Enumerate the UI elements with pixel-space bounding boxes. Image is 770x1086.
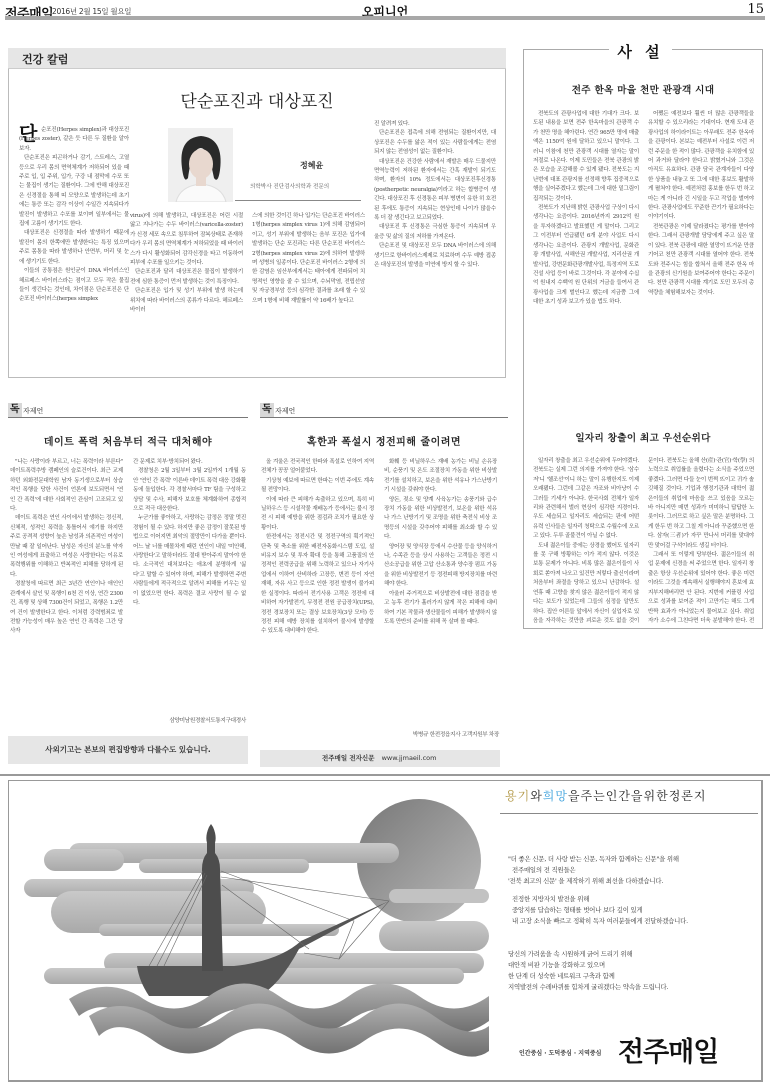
paragraph: virus)에 의해 발생하고, 대상포진은 어린 시절 앓고 지나가는 수두 … (130, 212, 243, 268)
paragraph: 일자리 창출을 최고 우선순위에 두어야겠다. 전북도는 실제 그런 의지를 가… (533, 457, 639, 542)
ad-line: "더 좋은 신문, 더 사랑 받는 신문, 독자와 함께하는 신문"을 위해 (508, 854, 679, 865)
paragraph: 기상청 예보에 따르면 한파는 이번 주에도 계속 될 전망이다. (261, 477, 374, 496)
ad-paragraph-1: "더 좋은 신문, 더 사랑 받는 신문, 독자와 함께하는 신문"을 위해 전… (508, 854, 679, 887)
masthead-divider (5, 16, 765, 20)
paragraph: 경찰청에 따르면 최근 3년간 연인이나 애인인 관계에서 살인 및 폭행이 6… (10, 580, 123, 636)
editorial-1-col-1: 전북도의 관광사업에 대한 기대가 크다. 보도된 내용을 보면 전주 한옥마을… (533, 110, 639, 400)
ad-paragraph-2: 진정한 지방자치 발전을 위해 중앙지를 답습하는 형태를 벗어나 보다 깊이 … (512, 894, 688, 927)
paragraph: 올 겨울은 전국적인 한파와 폭설로 인하여 지역 전체가 꽁꽁 얼어붙었다. (261, 458, 374, 477)
reader-left-title: 데이트 폭력 처음부터 적극 대처해야 (8, 433, 248, 448)
paragraph: "나는 사랑이라 부르고, 너는 폭력이라 부른다" 데이트폭력추방 캠페인의 … (10, 458, 123, 514)
reader-right-byline: 박병규 한전정읍지사 고객지원부 차장 (384, 730, 499, 738)
paragraph: 간 문제로 치부·방치되어 왔다. (133, 458, 246, 467)
editorial-label: 사 설 (609, 41, 672, 62)
editorial-top-rule (523, 49, 609, 50)
slogan-courage: 용기 (505, 789, 530, 803)
health-column-header (8, 48, 506, 69)
editorial-title-2: 일자리 창출이 최고 우선순위다 (523, 430, 763, 444)
reader-right-col-1: 올 겨울은 전국적인 한파와 폭설로 인하여 지역 전체가 꽁꽁 얼어붙었다. … (261, 458, 374, 740)
e-paper-label: 전주매일 전자신문 (322, 754, 375, 762)
editorial-2-col-2: 문이다. 전북도는 올해 산(産)·관(官)·학(學) 의 노력으로 취업률을 … (648, 457, 754, 625)
slogan-text: 와 (530, 789, 543, 803)
page-divider (0, 774, 770, 776)
ad-motto: 인간중심 · 도덕중심 · 지역중심 (519, 1048, 601, 1057)
paragraph: 양어장 및 양식장 등에서 수산물 등을 양식하거나, 수족관 등을 상시 사용… (384, 543, 497, 590)
ad-line: 진정한 지방자치 발전을 위해 (512, 894, 688, 905)
e-paper-url[interactable]: www.jjmaeil.com (382, 754, 437, 762)
ad-line: 전주매일의 전 직원들은 (508, 865, 679, 876)
author-divider (235, 200, 361, 201)
paragraph: 누군가를 좋아하고, 사랑하는 감정은 정말 멋진 경험이 될 수 있다. 하지… (133, 514, 246, 608)
paragraph: 대상포진은 신경절을 따라 발생하기 때문에 발진이 몸의 한쪽에만 발생한다는… (19, 229, 129, 267)
paragraph: 이들의 공통점은 원인균이 DNA 바이러스인 헤르페스 바이러스라는 점이고 … (19, 267, 129, 305)
paragraph: 어쨌든 예전보다 훨씬 더 많은 관광객들을 유치할 수 있으리라는 기대이다.… (648, 110, 754, 223)
paragraph: 전북도가 지난해 밝힌 관광사업 구상이 다시 생각나는 요즘이다. 2016년… (533, 204, 639, 307)
author-photo (168, 128, 233, 202)
reader-left-col-1: "나는 사랑이라 부르고, 너는 폭력이라 부른다" 데이트폭력추방 캠페인의 … (10, 458, 123, 723)
reader-right-title: 혹한과 폭설시 정전피해 줄이려면 (260, 433, 508, 448)
paragraph: 스에 의한 것이긴 하나 입가는 단순포진 바이러스 1형(herpes sim… (252, 212, 365, 306)
health-column-title: 단순포진과 대상포진 (8, 87, 506, 112)
paragraph: 양돈, 젖소 및 양계 사육농가는 송풍기와 급수장치 가동을 위한 비상발전기… (384, 496, 497, 543)
ad-line: 내 고장 소식을 빠르고 정확히 독자 여러분들에게 전달하겠습니다. (512, 916, 688, 927)
paragraph: 순포진(Herpes simplex)과 대상포진(Herpes zoster)… (19, 126, 129, 154)
ad-paragraph-3: 당신의 가려움을 속 시원하게 긁어 드리기 위해 대안적 비판 기능을 강화하… (508, 949, 668, 993)
ad-line: 중앙지를 답습하는 형태를 벗어나 보다 깊이 있게 (512, 905, 688, 916)
reader-opinion-header-left: 독 자제언 (8, 400, 248, 418)
paragraph: 그래서 또 이렇게 당부한다. 젊은이들의 취업 문제에 신경을 써 주었으면 … (648, 551, 754, 625)
reader-opinion-header-right: 독 자제언 (260, 400, 508, 418)
health-column-label: 건강 칼럼 (22, 51, 68, 67)
reader-opinion-dok: 독 (260, 403, 274, 417)
author-title: 의학박사 진단검사의학과 전문의 (250, 182, 329, 190)
contribution-notice: 사외기고는 본보의 편집방향과 다를수도 있습니다. (8, 736, 248, 764)
reader-opinion-label: 자제언 (23, 406, 43, 416)
author-name: 정혜윤 (300, 160, 323, 171)
ad-logo: 전주매일 (618, 1030, 718, 1069)
ad-slogan-divider (500, 813, 758, 814)
paragraph: 진 알려져 있다. (374, 120, 496, 129)
health-col-2: virus)에 의해 발생하고, 대상포진은 어린 시절 앓고 지나가는 수두 … (130, 212, 243, 377)
paragraph: 단순포진은 입가 및 성기 부위에 발생 하는데 위치에 따라 바이러스의 종류… (130, 287, 243, 315)
paragraph: 단순포진 및 대상포진 모두 DNA 바이러스에 의해 생기므로 항바이러스제제… (374, 242, 496, 270)
reader-left-col-2: 간 문제로 치부·방치되어 왔다. 경찰청은 2월 3일부터 3월 2일까지 1… (133, 458, 246, 713)
paragraph: 아울러 주거적으로 비상발전에 대한 점검을 받고 농후 전기가 흘러가지 않게… (384, 590, 497, 628)
ad-line: 한 단계 더 성숙한 네트워크 구축과 함께 (508, 971, 668, 982)
editorial-title-1: 전주 한옥 마을 천만 관광객 시대 (523, 82, 763, 96)
ad-slogan: 용기와희망을주는인간을위한정론지 (505, 787, 706, 804)
paragraph: 경찰청은 2월 3일부터 3월 2일까지 1개월 동안 '연인 간 폭력' 이른… (133, 467, 246, 514)
editorial-1-col-2: 어쨌든 예전보다 훨씬 더 많은 관광객들을 유치할 수 있으리라는 기대이다.… (648, 110, 754, 400)
paragraph: 단순포진과 달리 대상포진은 물집이 발생하기 전에 심한 통증이 먼저 발생하… (130, 268, 243, 287)
slogan-text: 을주는인간을위한정론지 (568, 789, 707, 803)
ad-line: 대안적 비판 기능을 강화하고 있으며 (508, 960, 668, 971)
reader-opinion-label: 자제언 (275, 406, 295, 416)
paragraph: 대상포진 후 신경통은 극심한 통증이 지속되며 우울증 및 삶의 질의 저하를… (374, 223, 496, 242)
ad-line: 당신의 가려움을 속 시원하게 긁어 드리기 위해 (508, 949, 668, 960)
paragraph: 화훼 등 비닐하우스 재배 농가는 비닐 손유장비, 순풍기 및 온도 조절장치… (384, 458, 497, 496)
paragraph: 데이트 폭력은 연인 사이에서 발생하는 정신적, 신체적, 성적인 폭력을 통… (10, 514, 123, 580)
paragraph: 한전에서는 정전시간 및 정전구역의 획기적인 단축 및 축소를 위한 배전자동… (261, 533, 374, 636)
health-col-4: 진 알려져 있다. 단순포진은 접촉에 의해 전염되는 질환이지만, 대상포진은… (374, 120, 496, 375)
health-col-1: 순포진(Herpes simplex)과 대상포진(Herpes zoster)… (19, 126, 129, 376)
editorial-2-col-1: 일자리 창출을 최고 우선순위에 두어야겠다. 전북도는 실제 그런 의지를 가… (533, 457, 639, 625)
slogan-hope: 희망 (543, 789, 568, 803)
portrait-icon (168, 128, 233, 202)
health-col-3: 스에 의한 것이긴 하나 입가는 단순포진 바이러스 1형(herpes sim… (252, 212, 365, 377)
paragraph: 단순포진은 접촉에 의해 전염되는 질환이지만, 대상포진은 수두를 앓은 적이… (374, 129, 496, 157)
paragraph: 대상포진은 건강한 사람에서 재발은 매우 드물지만 면역능력이 저하된 환자에… (374, 158, 496, 224)
reader-right-col-2: 화훼 등 비닐하우스 재배 농가는 비닐 손유장비, 순풍기 및 온도 조절장치… (384, 458, 497, 726)
e-paper-banner: 전주매일 전자신문 www.jjmaeil.com (260, 750, 500, 767)
ad-line: 지역발전의 수레바퀴를 힘차게 굴리겠다는 약속을 드립니다. (508, 982, 668, 993)
paragraph: 단순포진은 피곤하거나 감기, 스트레스, 고열 등으로 우리 몸의 면역체계가… (19, 154, 129, 229)
page-number: 15 (747, 2, 764, 17)
paragraph: 전북도의 관광사업에 대한 기대가 크다. 보도된 내용을 보면 전주 한옥마을… (533, 110, 639, 204)
ad-line: '전북 최고의 신문' 을 제작하기 위해 최선을 다하겠습니다. (508, 876, 679, 887)
paragraph: 이에 따라 큰 피해가 속출하고 있으며, 특히 비닐하우스 등 시설작물 재배… (261, 496, 374, 534)
reader-opinion-dok: 독 (8, 403, 22, 417)
paragraph: 도내 젊은이들 중에는 상경을 했어도 일자리를 못 구해 방황하는 이가 적지… (533, 542, 639, 625)
paragraph: 전북관광은 이제 달라졌다는 평가를 받아야 한다. 그래서 관광개발 담당에게… (648, 223, 754, 298)
ship-illustration-icon (9, 781, 489, 1079)
reader-left-byline: 삼양미남원경찰서도통지구대경사 (133, 716, 246, 724)
paragraph: 문이다. 전북도는 올해 산(産)·관(官)·학(學) 의 노력으로 취업률을 … (648, 457, 754, 551)
editorial-top-rule (672, 49, 763, 50)
